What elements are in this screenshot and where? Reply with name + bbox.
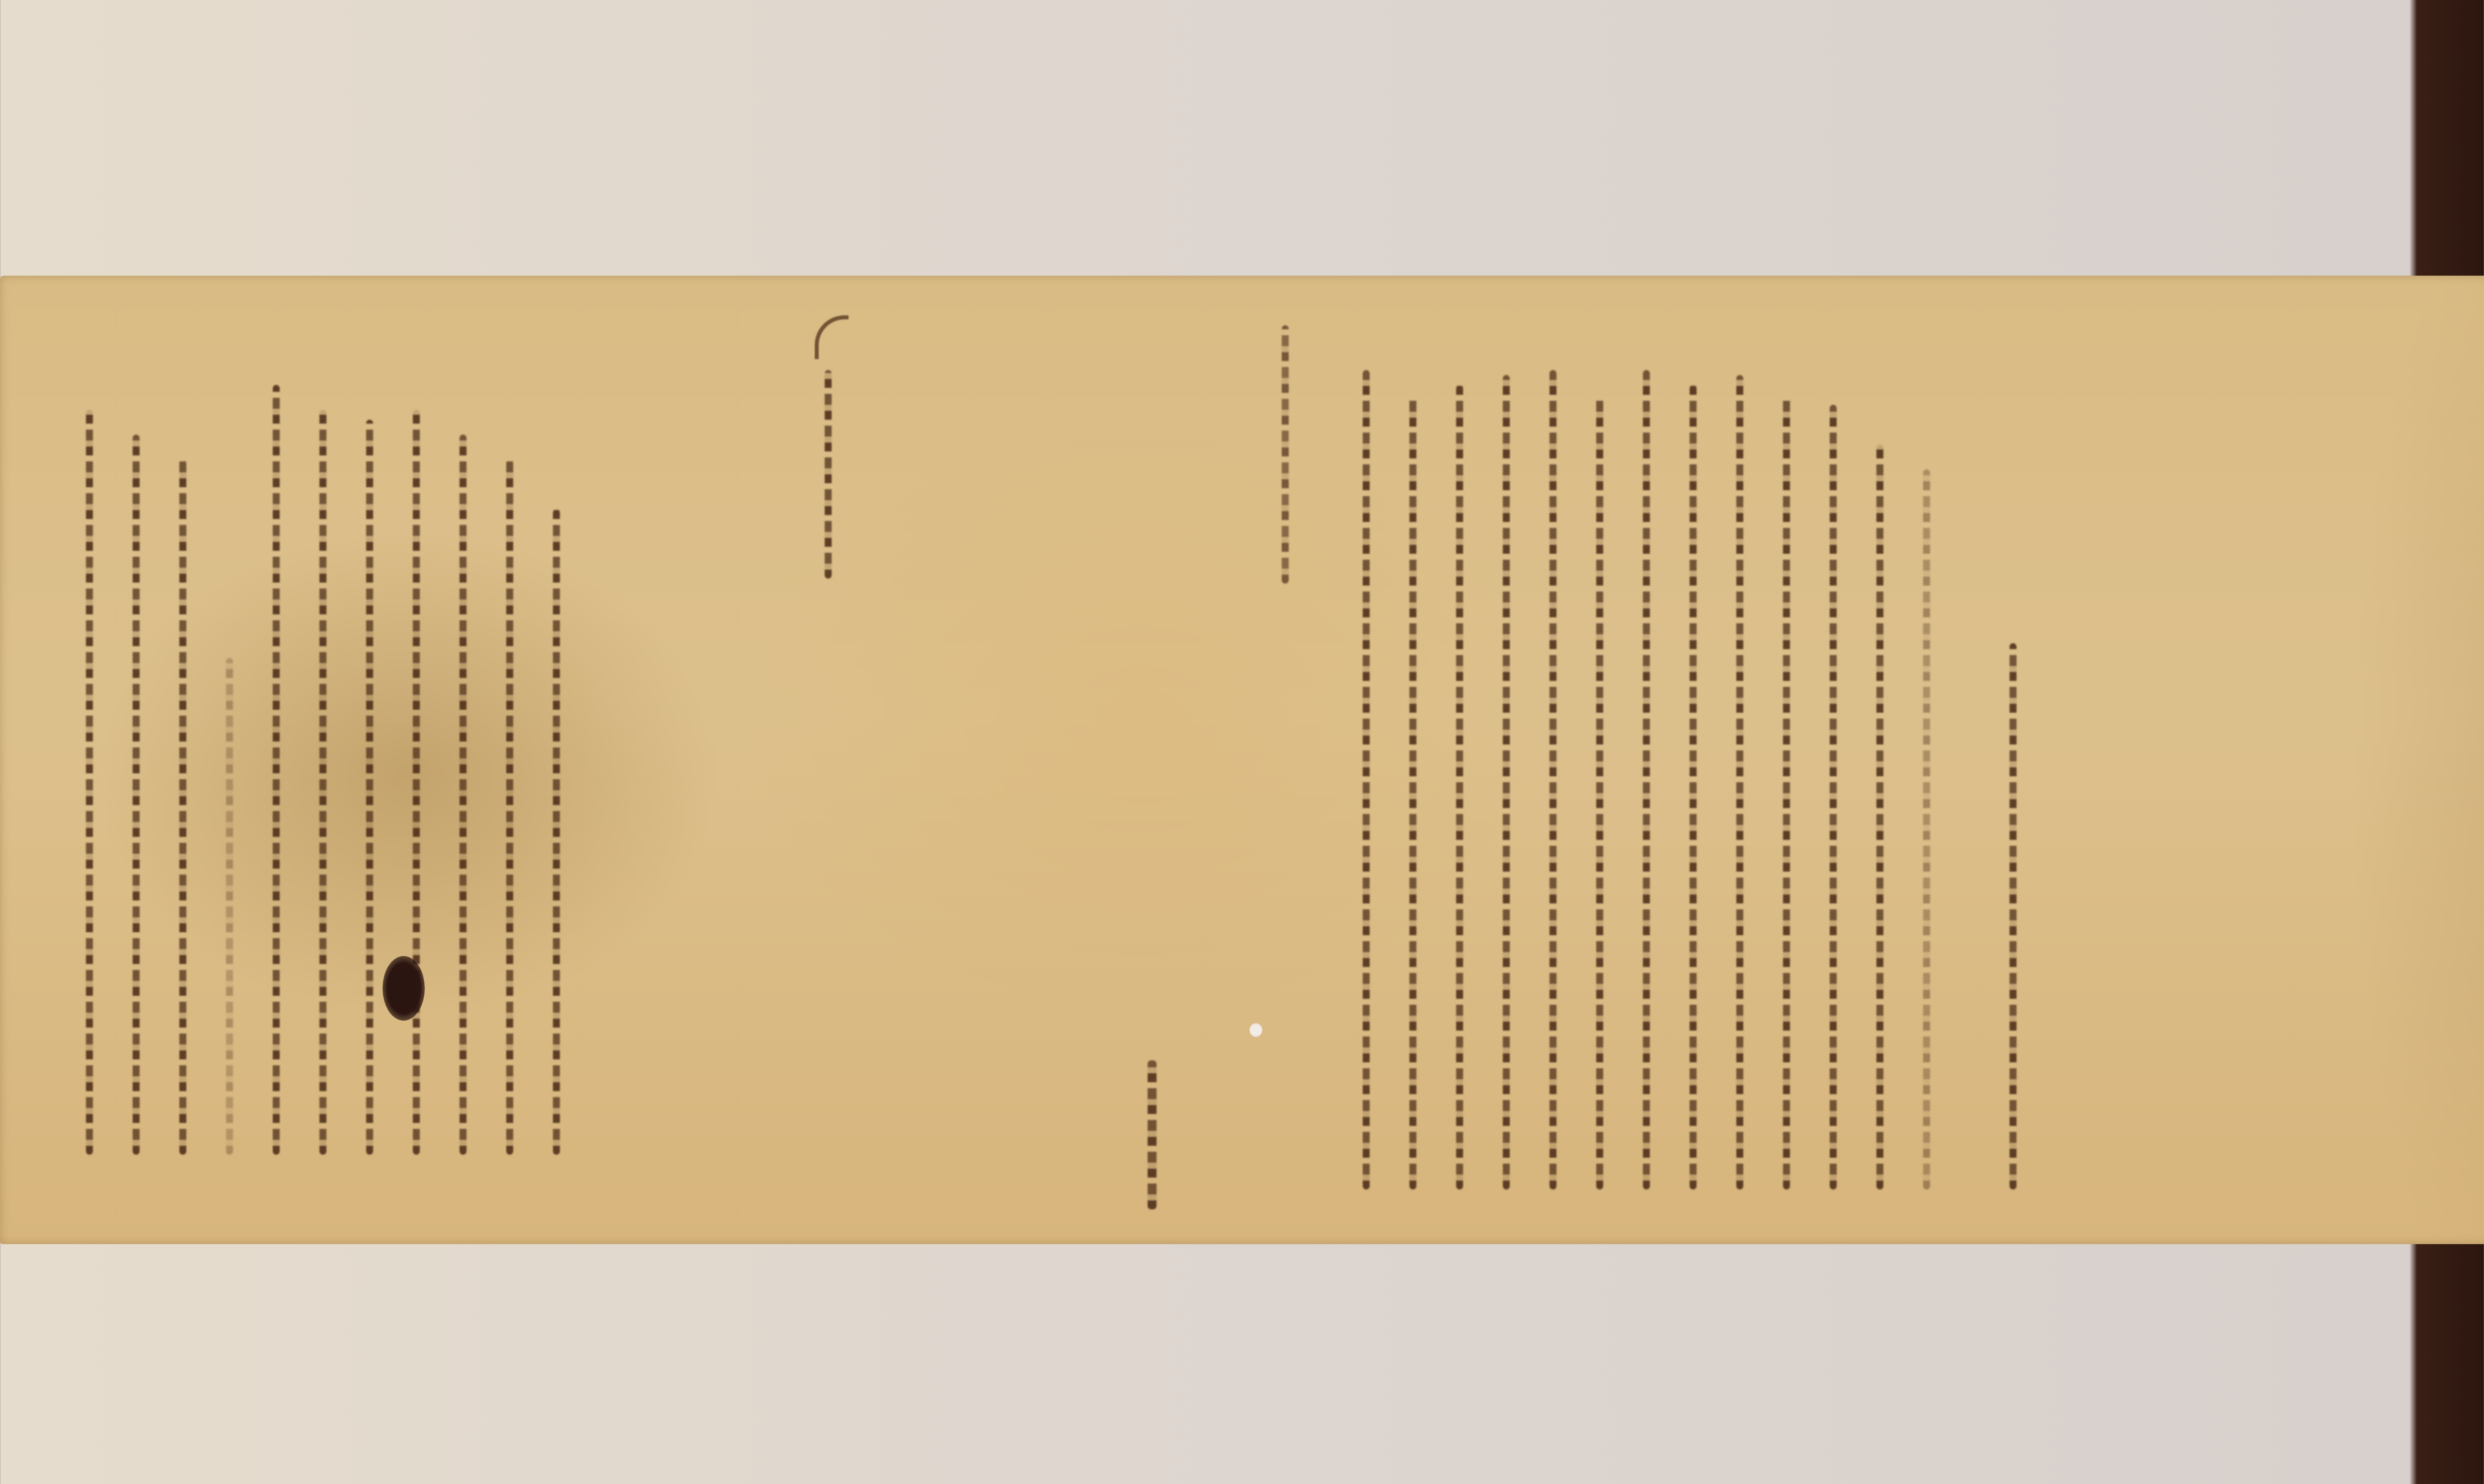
manuscript-line: [illegible line 12] [1865, 296, 1895, 1189]
manuscript-line: [illegible line 11] [1818, 296, 1848, 1189]
signature: [illegible signature] [1148, 1021, 1157, 1209]
manuscript-line: [illegible line 9] [448, 286, 478, 1155]
photo-stage: [illegible line 1] [illegible line 2] [i… [0, 0, 2484, 1484]
manuscript-line: [illegible line 5] [1538, 296, 1568, 1189]
manuscript-line: [illegible line 1] [75, 286, 104, 1155]
manuscript-line: [illegible line 1] [1351, 296, 1381, 1189]
middle-short-line: [illegible short line] [825, 340, 832, 579]
manuscript-line: [illegible line 6] [1585, 296, 1615, 1189]
upper-note: [illegible note] [1282, 305, 1289, 584]
manuscript-line: [illegible line 10] [495, 286, 525, 1155]
manuscript-line: [illegible line 8] [1678, 296, 1708, 1189]
manuscript-line: [illegible line 13] [1912, 296, 1941, 1189]
manuscript-line: [illegible line 4] [215, 286, 244, 1155]
manuscript-line: [illegible line 11] [542, 286, 571, 1155]
manuscript-line: [illegible line 10] [1772, 296, 1801, 1189]
manuscript-line: [illegible line 3] [1445, 296, 1475, 1189]
manuscript-line: [illegible line 9] [1725, 296, 1755, 1189]
left-text-block: [illegible line 1] [illegible line 2] [i… [75, 286, 588, 1130]
manuscript-line: [illegible heading line] [1998, 296, 2028, 1189]
pinhole [1249, 1023, 1262, 1037]
right-text-block: [illegible line 1] [illegible line 2] [i… [1351, 296, 2045, 1189]
pen-flourish [815, 315, 849, 359]
parchment-sheet: [illegible line 1] [illegible line 2] [i… [0, 276, 2484, 1244]
manuscript-line: [illegible line 2] [121, 286, 151, 1155]
manuscript-line: [illegible line 2] [1398, 296, 1428, 1189]
ink-blot [383, 956, 425, 1021]
manuscript-line: [illegible line 3] [168, 286, 198, 1155]
manuscript-line: [illegible line 7] [355, 286, 385, 1155]
manuscript-line: [illegible line 4] [1491, 296, 1521, 1189]
manuscript-line: [illegible line 7] [1631, 296, 1661, 1189]
manuscript-line: [illegible line 8] [401, 286, 431, 1155]
manuscript-line: [illegible line 6] [308, 286, 338, 1155]
manuscript-line: [illegible line 5] [261, 286, 291, 1155]
